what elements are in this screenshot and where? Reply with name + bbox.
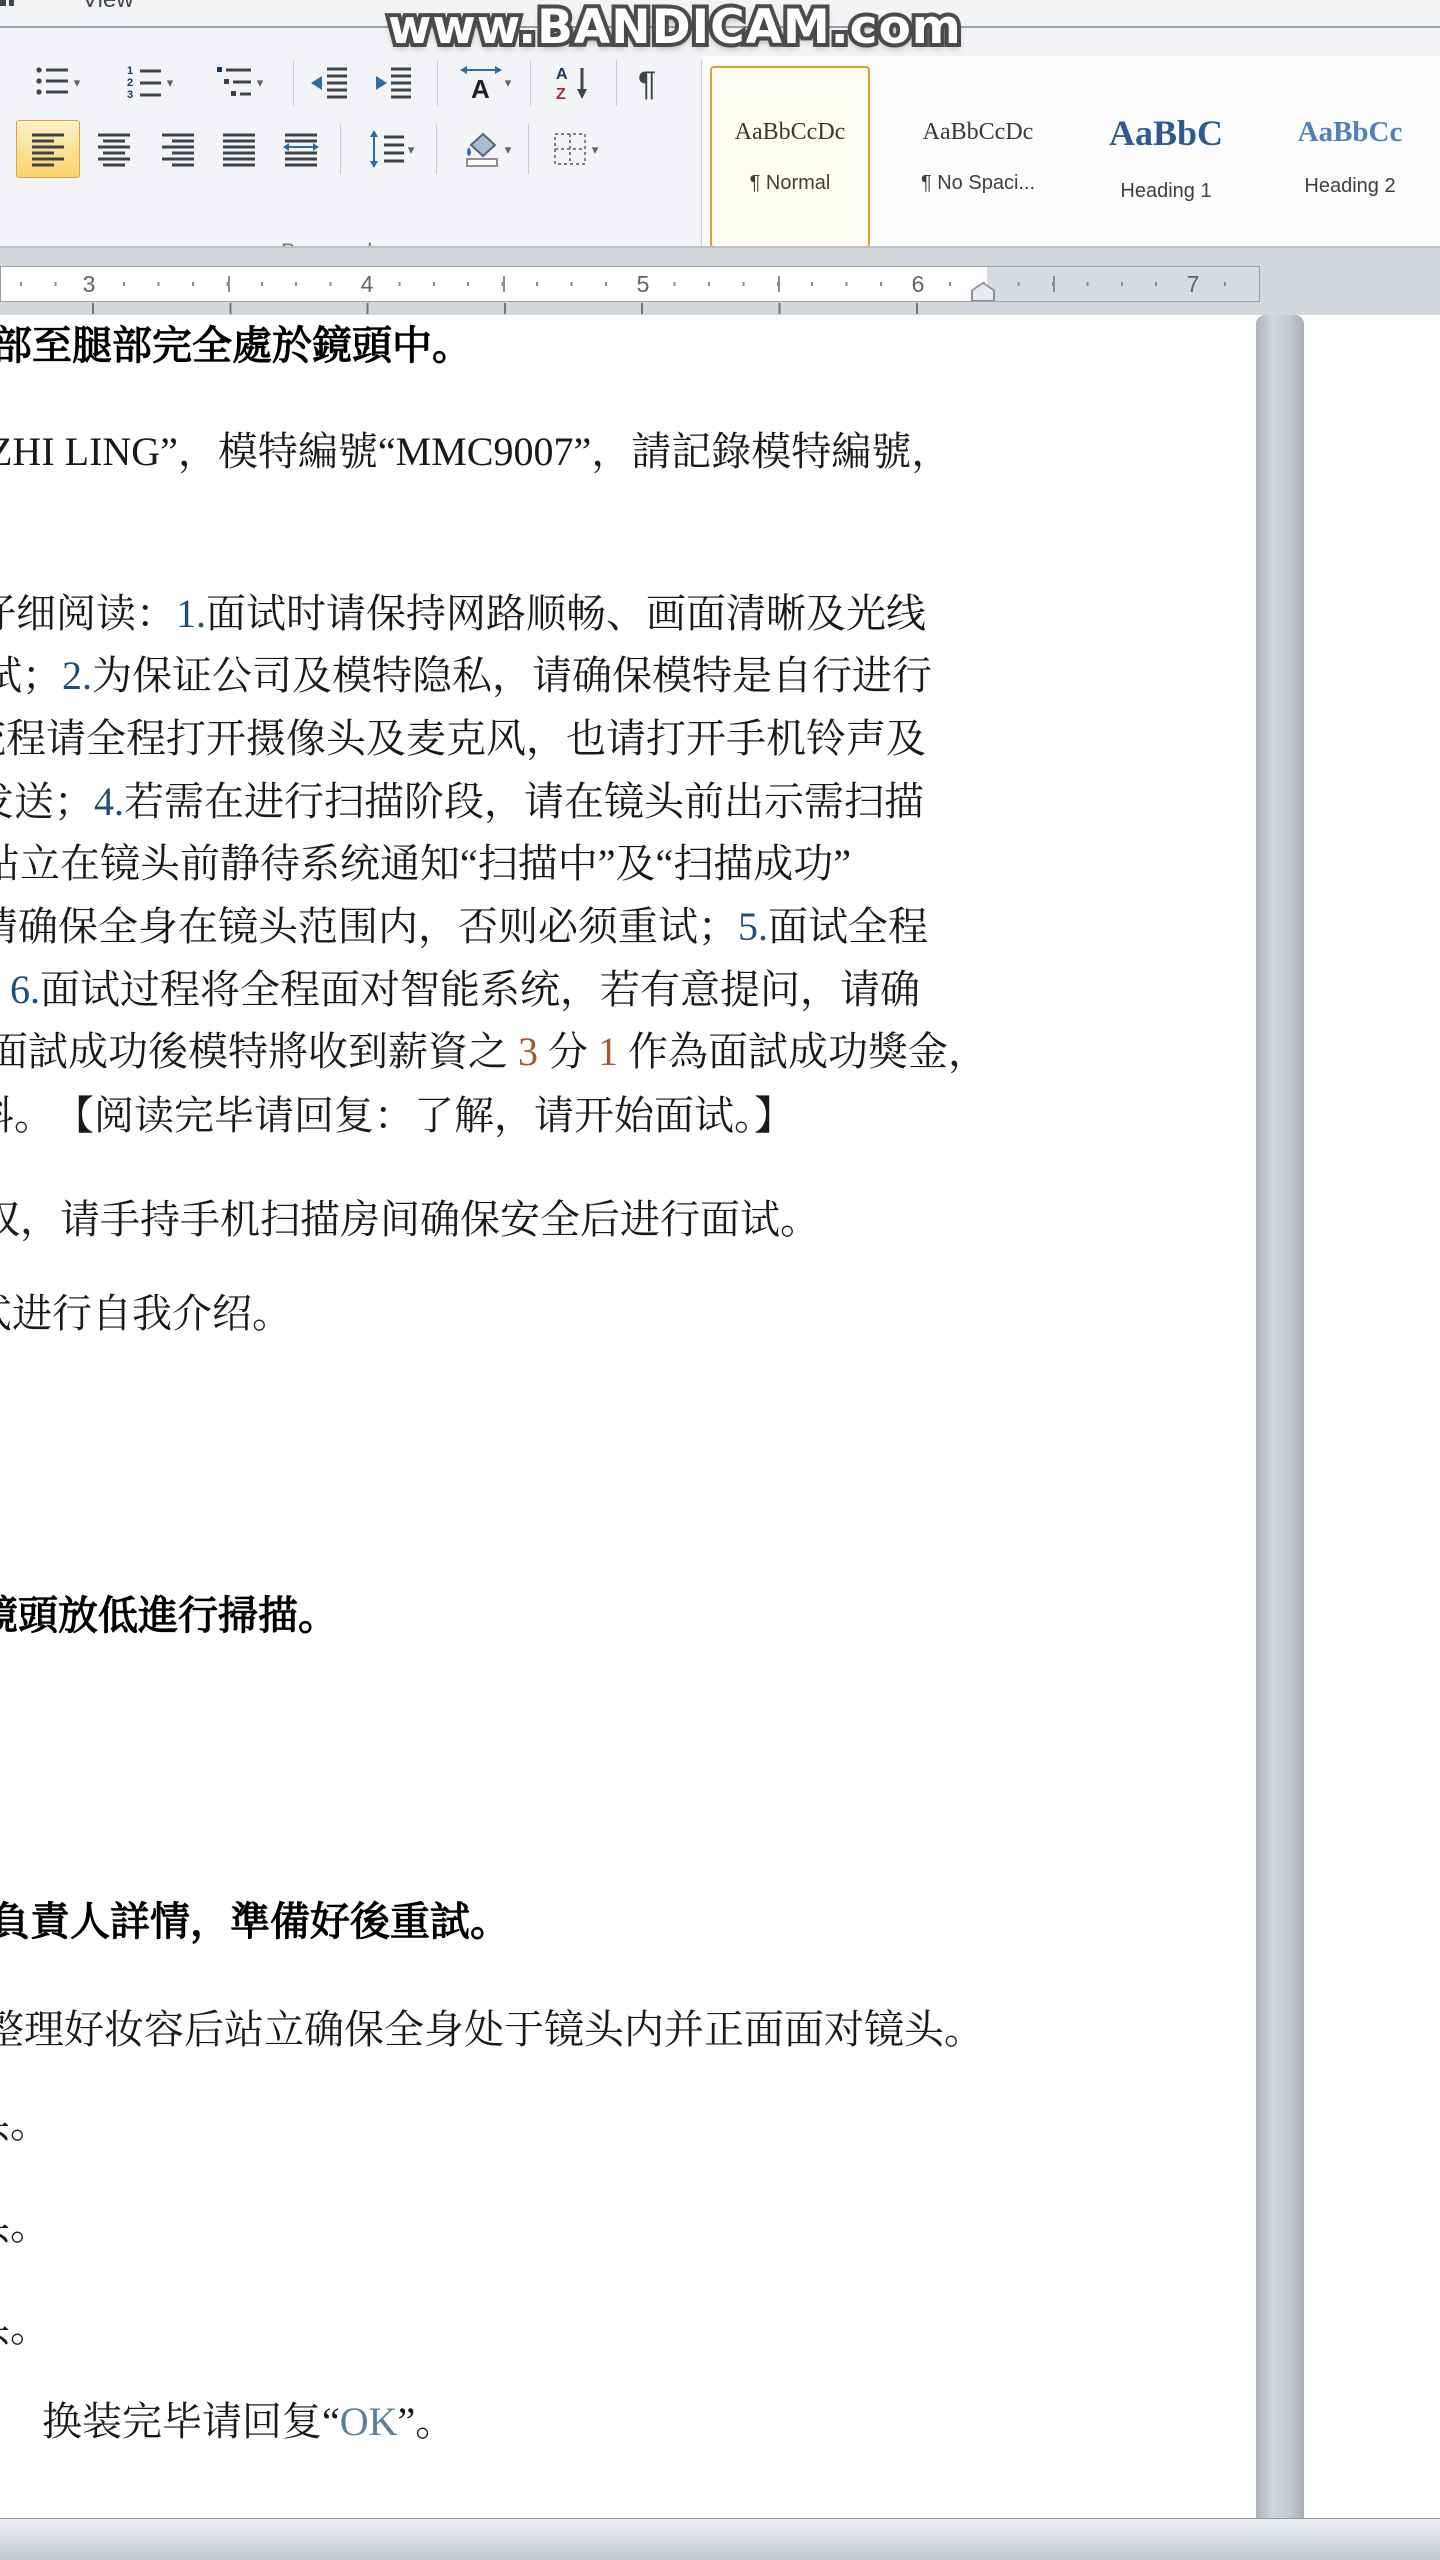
pilcrow-icon: ¶ [634, 62, 670, 102]
style-label: Heading 1 [1120, 180, 1211, 203]
chevron-down-icon: ▾ [505, 76, 512, 89]
svg-text:A: A [556, 66, 568, 83]
divider [436, 124, 437, 174]
chevron-down-icon: ▾ [592, 143, 599, 156]
distribute-icon [281, 129, 321, 169]
doc-line: 鏡頭放低進行掃描。 [0, 1592, 338, 1640]
chevron-down-icon: ▾ [167, 76, 174, 89]
ruler-band: 3 4 5 6 7 [0, 248, 1440, 315]
doc-line: 料。 【阅读完毕请回复：了解，请开始面试。】 [0, 1092, 794, 1140]
svg-text:Z: Z [556, 86, 566, 102]
svg-text:3: 3 [127, 89, 133, 101]
vertical-scrollbar[interactable] [1256, 315, 1304, 2518]
borders-button[interactable]: ▾ [536, 120, 612, 178]
style-sample: AaBbCcDc [735, 119, 846, 146]
divider [528, 124, 529, 174]
doc-line: ZHI LING”，模特編號“MMC9007”，請記錄模特編號， [0, 428, 951, 476]
doc-line: 整理好妆容后站立确保全身处于镜头内并正面面对镜头。 [0, 2006, 984, 2054]
tab-view[interactable]: View [82, 0, 134, 14]
horizontal-ruler[interactable]: 3 4 5 6 7 [0, 266, 1260, 302]
style-sample: AaBbCc [1298, 116, 1403, 149]
svg-text:1: 1 [127, 65, 133, 77]
divider [616, 60, 617, 106]
doc-line: 试；2.为保证公司及模特隐私，请确保模特是自行进行 [0, 652, 932, 700]
svg-text:¶: ¶ [638, 65, 656, 102]
increase-indent-icon [373, 62, 413, 102]
doc-line: 权，请手持手机扫描房间确保安全后进行面试。 [0, 1196, 820, 1244]
style-label: Heading 2 [1304, 175, 1395, 198]
svg-text:A: A [471, 74, 490, 102]
ruler-number: 4 [355, 271, 379, 297]
align-right-icon [158, 129, 198, 169]
divider [340, 124, 341, 174]
doc-line: 头。 [0, 2304, 50, 2352]
doc-line: 头。 [0, 2202, 50, 2250]
doc-line: 負責人詳情，準備好後重試。 [0, 1898, 510, 1946]
sort-button[interactable]: A Z [540, 56, 604, 108]
style-heading-2[interactable]: AaBbCc Heading 2 [1270, 66, 1430, 248]
style-no-spacing[interactable]: AaBbCcDc ¶ No Spaci... [898, 66, 1058, 248]
decrease-indent-icon [309, 62, 349, 102]
chevron-down-icon: ▾ [257, 76, 264, 89]
decrease-indent-button[interactable] [300, 56, 358, 108]
divider [530, 60, 531, 106]
justify-button[interactable] [212, 120, 266, 178]
ruler-sub-ticks [92, 303, 952, 314]
divider [437, 60, 438, 106]
style-sample: AaBbC [1109, 112, 1223, 154]
doc-line: ，6.面试过程将全程面对智能系统，若有意提问，请确 [0, 966, 920, 1014]
tab-fragment-icon [9, 0, 14, 6]
style-label: ¶ Normal [750, 172, 831, 195]
doc-line: 请确保全身在镜头范围内，否则必须重试；5.面试全程 [0, 903, 928, 951]
distribute-button[interactable] [270, 120, 332, 178]
bullets-button[interactable]: ▾ [16, 56, 96, 108]
tab-fragment-icon [0, 0, 6, 6]
multilevel-list-button[interactable]: ▾ [196, 56, 282, 108]
bullet-list-icon [32, 62, 72, 102]
show-marks-button[interactable]: ¶ [626, 56, 678, 108]
doc-line: 部至腿部完全處於鏡頭中。 [0, 322, 472, 370]
style-heading-1[interactable]: AaBbC Heading 1 [1086, 66, 1246, 248]
character-scaling-button[interactable]: A ▾ [446, 56, 524, 108]
doc-line: 头。 [0, 2100, 50, 2148]
justify-icon [219, 129, 259, 169]
line-spacing-button[interactable]: ▾ [350, 120, 430, 178]
style-sample: AaBbCcDc [923, 119, 1034, 146]
align-center-button[interactable] [86, 120, 142, 178]
line-spacing-icon [366, 129, 406, 169]
ruler-number: 3 [77, 271, 101, 297]
increase-indent-button[interactable] [362, 56, 424, 108]
style-label: ¶ No Spaci... [921, 172, 1035, 195]
paint-bucket-icon [459, 129, 503, 169]
bandicam-watermark: www.BANDICAM.com [388, 0, 962, 55]
borders-icon [550, 129, 590, 169]
ruler-number: 6 [906, 271, 930, 297]
status-bar [0, 2518, 1440, 2560]
ribbon: ▾ 1 2 3 ▾ ▾ A ▾ [0, 28, 1440, 248]
doc-line: 发送；4.若需在进行扫描阶段，请在镜头前出示需扫描 [0, 778, 924, 826]
ruler-number: 5 [631, 271, 655, 297]
multilevel-list-icon [215, 62, 255, 102]
chevron-down-icon: ▾ [408, 143, 415, 156]
document-page[interactable]: 部至腿部完全處於鏡頭中。 ZHI LING”，模特編號“MMC9007”，請記錄… [0, 315, 1440, 2518]
align-center-icon [94, 129, 134, 169]
style-normal[interactable]: AaBbCcDc ¶ Normal [710, 66, 870, 248]
styles-gallery: AaBbCcDc ¶ Normal AaBbCcDc ¶ No Spaci...… [702, 56, 1440, 276]
word-window: { "window": { "active_tab": "View" }, "w… [0, 0, 1440, 2560]
chevron-down-icon: ▾ [74, 76, 81, 89]
divider [293, 60, 294, 106]
doc-line: 站立在镜头前静待系统通知“扫描中”及“扫描成功” [0, 840, 851, 888]
doc-line: 面試成功後模特將收到薪資之 3 分 1 作為面試成功獎金， [0, 1028, 988, 1076]
align-left-icon [28, 129, 68, 169]
shading-button[interactable]: ▾ [446, 120, 524, 178]
ruler-number: 7 [1181, 271, 1205, 297]
chevron-down-icon: ▾ [505, 143, 512, 156]
svg-text:2: 2 [127, 77, 133, 89]
doc-line: 式进行自我介绍。 [0, 1290, 292, 1338]
doc-line: 仔细阅读：1.面试时请保持网路顺畅、画面清晰及光线 [0, 590, 926, 638]
numbered-list-icon: 1 2 3 [125, 62, 165, 102]
doc-line: 换装完毕请回复“OK”。 [2, 2398, 455, 2446]
sort-az-icon: A Z [552, 62, 592, 102]
align-right-button[interactable] [148, 120, 208, 178]
numbering-button[interactable]: 1 2 3 ▾ [106, 56, 192, 108]
align-left-button[interactable] [16, 120, 80, 178]
character-scaling-icon: A [459, 62, 503, 102]
doc-line: 流程请全程打开摄像头及麦克风，也请打开手机铃声及 [0, 715, 926, 763]
